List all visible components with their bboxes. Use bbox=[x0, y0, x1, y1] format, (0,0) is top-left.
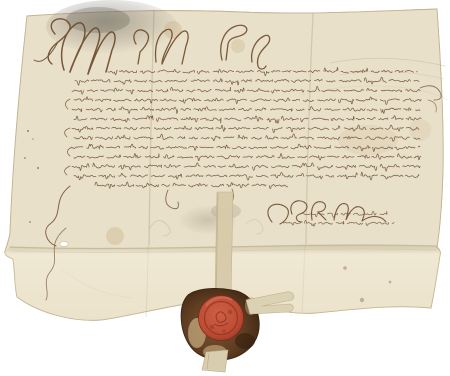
foxing-spot-4 bbox=[106, 227, 124, 245]
stain-right-mid bbox=[338, 125, 398, 155]
wax-seal bbox=[181, 288, 294, 372]
charter-photo bbox=[0, 0, 450, 376]
charter-illustration bbox=[0, 0, 450, 376]
hole-left-edge bbox=[60, 241, 68, 246]
seal-red-center bbox=[199, 296, 244, 341]
seal-tag-bottom bbox=[202, 350, 228, 372]
foxing-spot-2 bbox=[231, 39, 245, 53]
seal-wax-dark-patch bbox=[235, 333, 255, 349]
